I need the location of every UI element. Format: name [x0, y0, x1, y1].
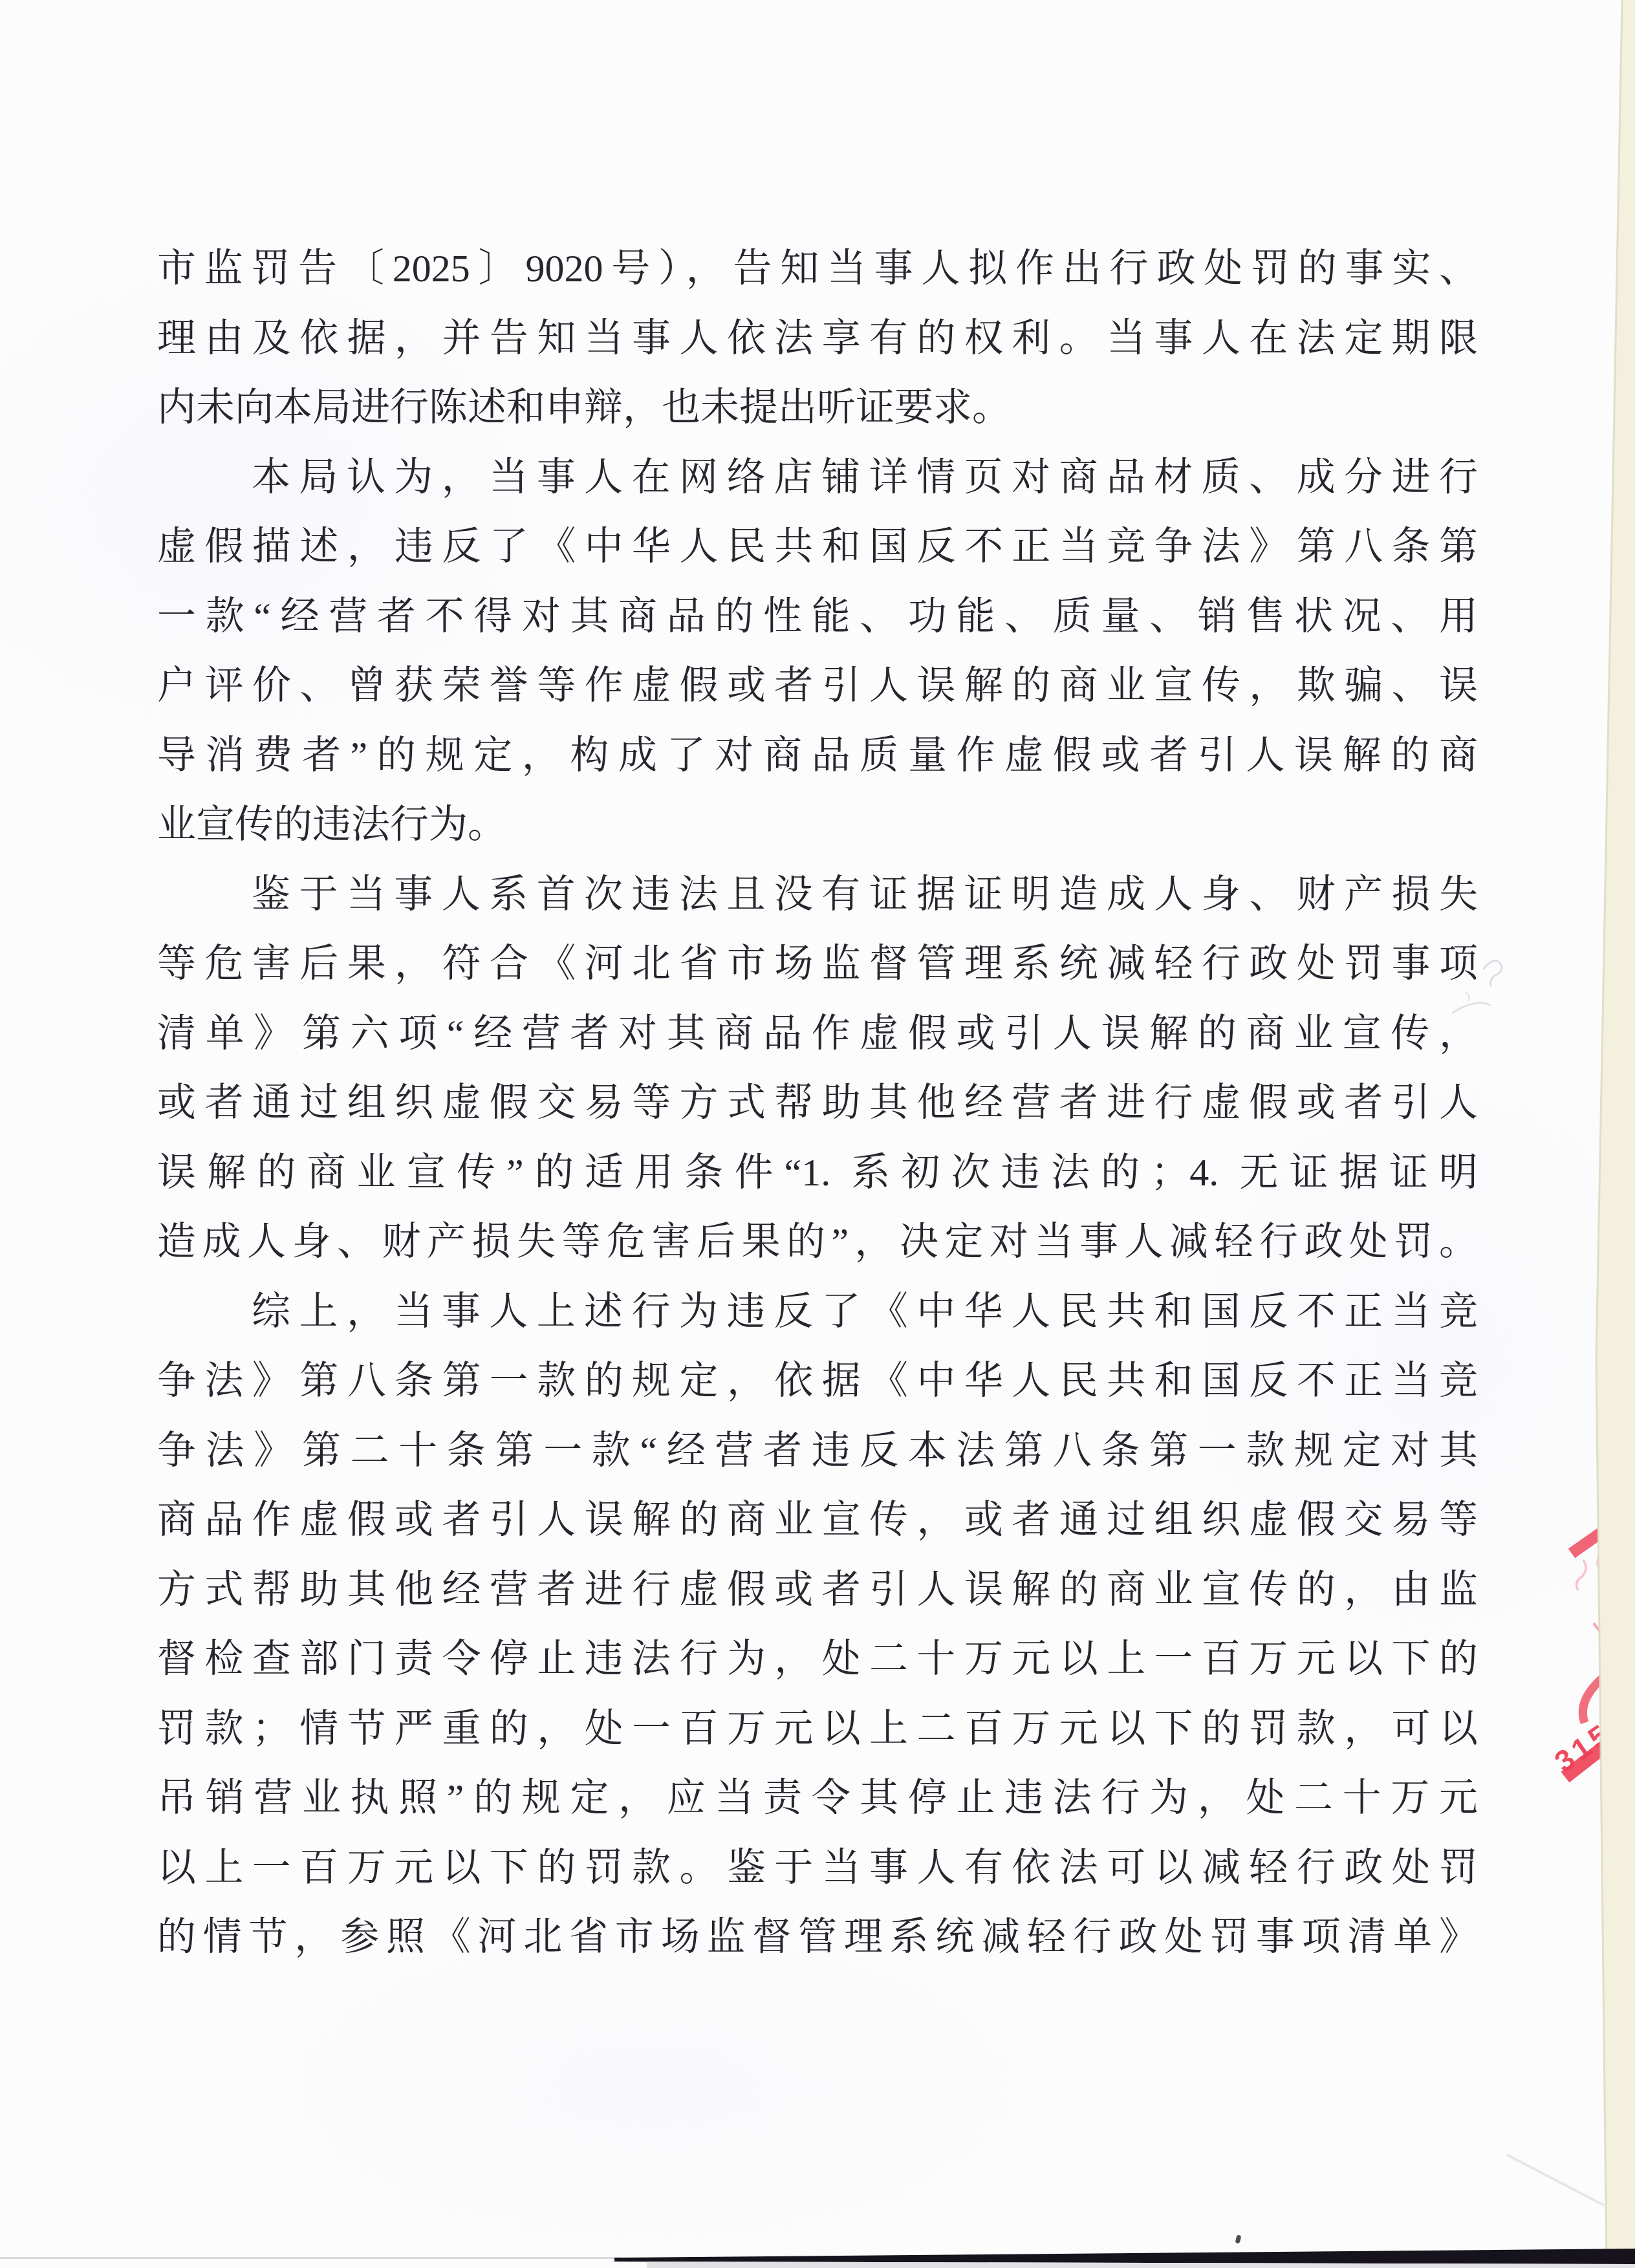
document-line: 商品作虚假或者引人误解的商业宣传，或者通过组织虚假交易等	[157, 1485, 1478, 1555]
document-line: 导消费者”的规定，构成了对商品质量作虚假或者引人误解的商	[157, 721, 1478, 791]
scan-bottom-dark-band	[614, 2249, 1635, 2264]
stamp-ghost-mark	[1597, 1557, 1600, 1569]
stamp-number-text: 315	[1548, 1716, 1618, 1778]
scan-edge-band-border	[1596, 0, 1622, 2268]
document-line: 等危害后果，符合《河北省市场监督管理系统减轻行政处罚事项	[157, 929, 1478, 999]
document-line: 理由及依据，并告知当事人依法享有的权利。当事人在法定期限	[157, 304, 1478, 374]
stamp-ghost-mark	[1594, 1623, 1600, 1632]
scan-bottom-gray-strip	[647, 2262, 1635, 2268]
document-body: 市监罚告〔2025〕9020号），告知当事人拟作出行政处罚的事实、 理由及依据，…	[157, 234, 1478, 1972]
stamp-ring-segment-bottom	[1565, 1743, 1609, 1777]
stamp-ring-segment-top	[1572, 1529, 1607, 1553]
document-line: 虚假描述，违反了《中华人民共和国反不正当竞争法》第八条第	[157, 512, 1478, 582]
document-line: 或者通过组织虚假交易等方式帮助其他经营者进行虚假或者引人	[157, 1068, 1478, 1138]
scan-bottom-faint-line	[0, 2257, 621, 2259]
document-line: 户评价、曾获荣誉等作虚假或者引人误解的商业宣传，欺骗、误	[157, 651, 1478, 721]
document-line: 误解的商业宣传”的适用条件“1. 系初次违法的；4. 无证据证明	[157, 1138, 1478, 1208]
dust-speck	[1235, 2234, 1242, 2243]
document-line: 罚款；情节严重的，处一百万元以上二百万元以下的罚款，可以	[157, 1694, 1478, 1764]
document-line: 吊销营业执照”的规定，应当责令其停止违法行为，处二十万元	[157, 1764, 1478, 1833]
document-line: 以上一百万元以下的罚款。鉴于当事人有依法可以减轻行政处罚	[157, 1833, 1478, 1903]
document-line: 综上，当事人上述行为违反了《中华人民共和国反不正当竞	[157, 1277, 1478, 1347]
document-line: 市监罚告〔2025〕9020号），告知当事人拟作出行政处罚的事实、	[157, 234, 1478, 304]
document-line: 一款“经营者不得对其商品的性能、功能、质量、销售状况、用	[157, 582, 1478, 652]
scanned-document-page: 市监罚告〔2025〕9020号），告知当事人拟作出行政处罚的事实、 理由及依据，…	[0, 0, 1635, 2268]
stamp-ghost-mark	[1577, 1560, 1586, 1590]
stamp-arc	[1583, 1674, 1608, 1723]
document-line: 本局认为，当事人在网络店铺详情页对商品材质、成分进行	[157, 443, 1478, 513]
document-line: 争法》第八条第一款的规定，依据《中华人民共和国反不正当竞	[157, 1346, 1478, 1416]
document-line: 业宣传的违法行为。	[157, 790, 1478, 860]
scan-edge-band-fill	[1596, 0, 1635, 2268]
document-line: 鉴于当事人系首次违法且没有证据证明造成人身、财产损失	[157, 860, 1478, 930]
document-line: 督检查部门责令停止违法行为，处二十万元以上一百万元以下的	[157, 1625, 1478, 1694]
red-seal-stamp-fragment: 315	[1544, 1520, 1635, 1785]
document-line: 内未向本局进行陈述和申辩，也未提出听证要求。	[157, 373, 1478, 443]
document-line: 争法》第二十条第一款“经营者违反本法第八条第一款规定对其	[157, 1416, 1478, 1486]
document-line: 造成人身、财产损失等危害后果的”，决定对当事人减轻行政处罚。	[157, 1207, 1478, 1277]
document-line: 清单》第六项“经营者对其商品作虚假或引人误解的商业宣传，	[157, 999, 1478, 1069]
document-line: 方式帮助其他经营者进行虚假或者引人误解的商业宣传的，由监	[157, 1555, 1478, 1625]
document-line: 的情节，参照《河北省市场监督管理系统减轻行政处罚事项清单》	[157, 1903, 1478, 1972]
